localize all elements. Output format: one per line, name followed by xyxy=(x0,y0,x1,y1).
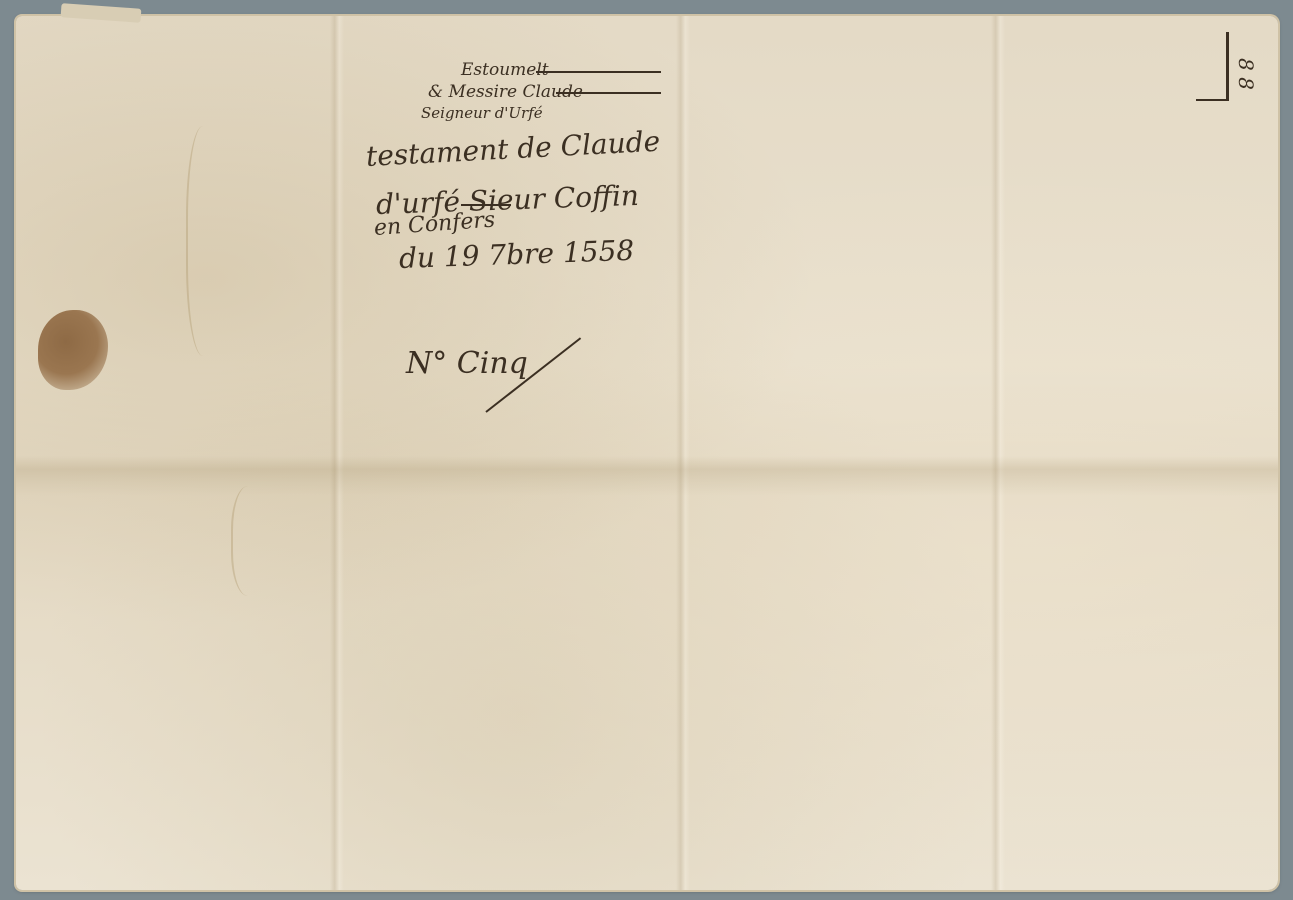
flourish-line xyxy=(536,71,661,73)
strikethrough xyxy=(461,204,511,206)
water-stain xyxy=(231,486,273,596)
title-line-4: du 19 7bre 1558 xyxy=(398,234,634,275)
vertical-fold-line xyxy=(330,16,344,890)
title-line-1: testament de Claude xyxy=(365,125,661,173)
ink-stain xyxy=(38,310,108,390)
water-stain xyxy=(186,126,228,356)
header-line-3: Seigneur d'Urfé xyxy=(421,104,543,122)
horizontal-fold-line xyxy=(16,456,1278,496)
number-label: N° Cinq xyxy=(406,346,528,381)
folio-bracket xyxy=(1226,32,1229,100)
folio-bracket xyxy=(1196,99,1229,101)
header-line-1: Estoumelt xyxy=(461,60,549,80)
torn-edge xyxy=(61,3,142,23)
vertical-fold-line xyxy=(991,16,1005,890)
manuscript-sheet: Estoumelt & Messire Claude Seigneur d'Ur… xyxy=(16,16,1278,890)
flourish-line xyxy=(556,92,661,94)
vertical-fold-line xyxy=(676,16,690,890)
folio-number: 8 8 xyxy=(1234,58,1258,90)
